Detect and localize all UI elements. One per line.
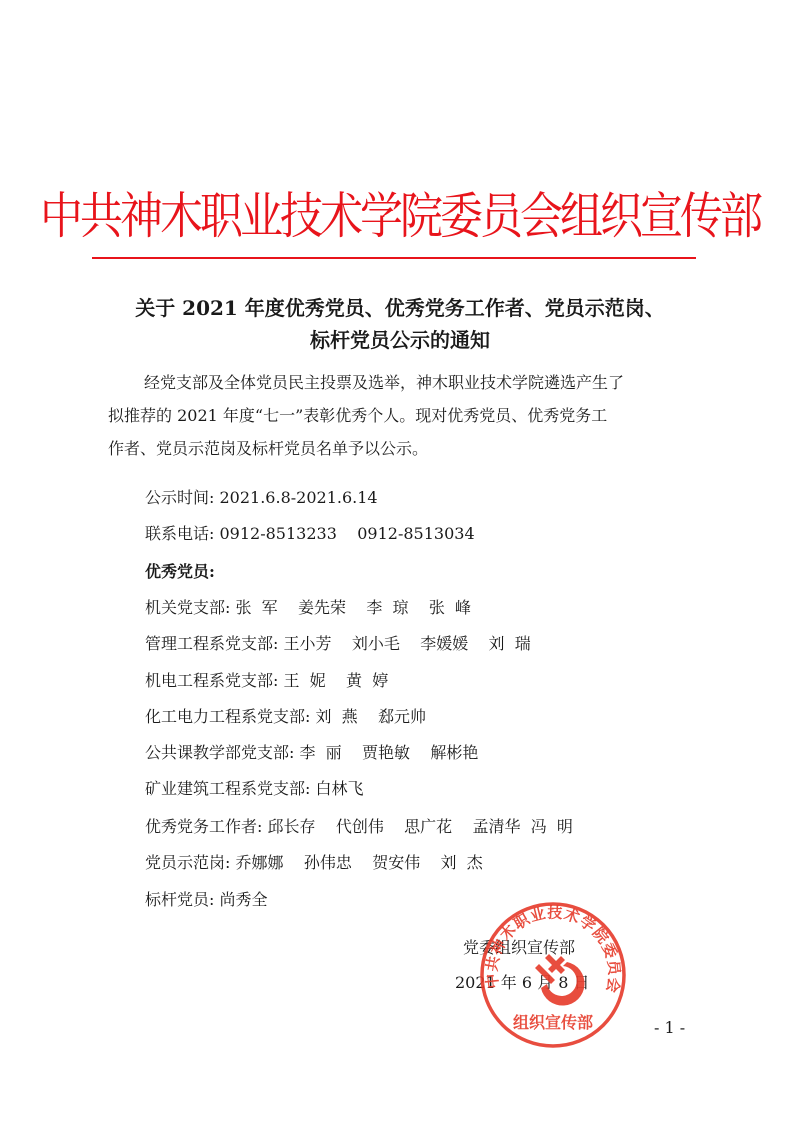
publicity-period: 公示时间: 2021.6.8-2021.6.14: [145, 487, 378, 509]
official-seal-icon: 中共神木职业技术学院委员会 组织宣传部: [478, 900, 628, 1050]
benchmark-members-label: 标杆党员:: [145, 890, 214, 909]
branch-row: 机关党支部: 张 军 姜先荣 李 琼 张 峰: [145, 597, 471, 619]
branch-members: 李 丽 贾艳敏 解彬艳: [300, 743, 479, 762]
intro-paragraph: 经党支部及全体党员民主投票及选举，神木职业技术学院遴选产生了 拟推荐的 2021…: [108, 366, 708, 465]
letterhead-divider: [92, 257, 696, 259]
branch-name: 管理工程系党支部:: [145, 634, 278, 653]
notice-title: 关于 2021 年度优秀党员、优秀党务工作者、党员示范岗、 标杆党员公示的通知: [90, 292, 710, 356]
contact-phone: 联系电话: 0912-8513233 0912-8513034: [145, 523, 475, 545]
branch-name: 化工电力工程系党支部:: [145, 707, 310, 726]
excellent-members-heading: 优秀党员:: [145, 561, 215, 583]
svg-text:组织宣传部: 组织宣传部: [513, 1013, 593, 1032]
branch-name: 矿业建筑工程系党支部:: [145, 779, 310, 798]
intro-line-1: 经党支部及全体党员民主投票及选举，神木职业技术学院遴选产生了: [108, 366, 708, 399]
excellent-party-workers-names: 邱长存 代创伟 思广花 孟清华 冯 明: [262, 817, 572, 836]
letterhead-title: 中共神木职业技术学院委员会组织宣传部: [0, 178, 800, 248]
excellent-party-workers: 优秀党务工作者: 邱长存 代创伟 思广花 孟清华 冯 明: [145, 816, 573, 838]
contact-phone-2: 0912-8513034: [357, 524, 474, 543]
branch-members: 王小芳 刘小毛 李媛媛 刘 瑞: [284, 634, 531, 653]
model-posts-label: 党员示范岗:: [145, 853, 230, 872]
branch-members: 张 军 姜先荣 李 琼 张 峰: [236, 598, 472, 617]
benchmark-members-names: 尚秀全: [220, 890, 268, 909]
branch-row: 机电工程系党支部: 王 妮 黄 婷: [145, 670, 388, 692]
excellent-party-workers-label: 优秀党务工作者:: [145, 817, 262, 836]
branch-name: 公共课教学部党支部:: [145, 743, 294, 762]
branch-members: 王 妮 黄 婷: [284, 671, 389, 690]
document-page: 中共神木职业技术学院委员会组织宣传部 关于 2021 年度优秀党员、优秀党务工作…: [0, 0, 800, 1132]
branch-members: 白林飞: [316, 779, 364, 798]
notice-title-line-2: 标杆党员公示的通知: [90, 324, 710, 356]
contact-phone-label: 联系电话:: [145, 524, 214, 543]
branch-row: 化工电力工程系党支部: 刘 燕 郄元帅: [145, 706, 426, 728]
branch-row: 管理工程系党支部: 王小芳 刘小毛 李媛媛 刘 瑞: [145, 633, 531, 655]
branch-name: 机关党支部:: [145, 598, 230, 617]
branch-row: 矿业建筑工程系党支部: 白林飞: [145, 778, 364, 800]
page-number: - 1 -: [654, 1018, 685, 1037]
branch-members: 刘 燕 郄元帅: [316, 707, 427, 726]
intro-line-3: 作者、党员示范岗及标杆党员名单予以公示。: [108, 432, 708, 465]
intro-line-2: 拟推荐的 2021 年度“七一”表彰优秀个人。现对优秀党员、优秀党务工: [108, 399, 708, 432]
branch-name: 机电工程系党支部:: [145, 671, 278, 690]
publicity-period-label: 公示时间:: [145, 488, 214, 507]
contact-phone-1: 0912-8513233: [220, 524, 337, 543]
benchmark-members: 标杆党员: 尚秀全: [145, 889, 268, 911]
branch-row: 公共课教学部党支部: 李 丽 贾艳敏 解彬艳: [145, 742, 478, 764]
publicity-period-value: 2021.6.8-2021.6.14: [220, 488, 378, 507]
model-posts-names: 乔娜娜 孙伟忠 贺安伟 刘 杰: [236, 853, 483, 872]
model-posts: 党员示范岗: 乔娜娜 孙伟忠 贺安伟 刘 杰: [145, 852, 483, 874]
notice-title-line-1: 关于 2021 年度优秀党员、优秀党务工作者、党员示范岗、: [90, 292, 710, 324]
